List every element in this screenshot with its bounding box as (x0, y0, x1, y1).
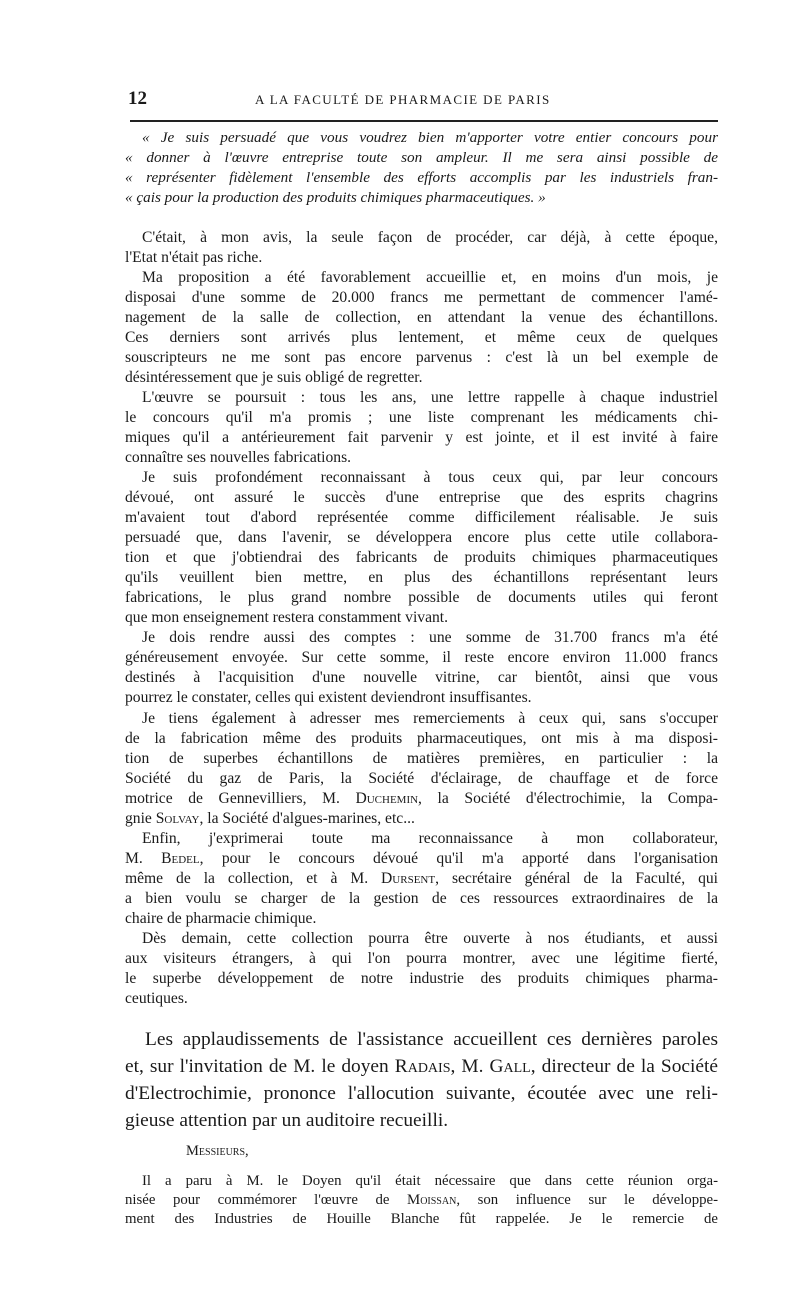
body-line: persuadé que, dans l'avenir, se développ… (125, 528, 718, 548)
person-name: Bedel (161, 850, 200, 867)
body-line: de la fabrication même des produits phar… (125, 729, 718, 749)
header-rule (130, 120, 718, 122)
text: , M. (451, 1056, 490, 1077)
speech-line: Il a paru à M. le Doyen qu'il était néce… (142, 1171, 718, 1191)
person-name: Radais (395, 1056, 451, 1077)
text: gnie (125, 810, 156, 827)
company-name: Solvay (156, 810, 200, 827)
body-line: le superbe développement de notre indust… (125, 969, 718, 989)
body-line: qu'ils veuillent bien mettre, en plus de… (125, 568, 718, 588)
body-line: a bien voulu se charger de la gestion de… (125, 889, 718, 909)
body-line: pourrez le constater, celles qui existen… (125, 688, 718, 708)
text: , la Société d'électrochimie, la Compa- (418, 790, 718, 807)
transition-line: Les applaudissements de l'assistance acc… (145, 1026, 718, 1053)
body-line: Je dois rendre aussi des comptes : une s… (142, 628, 718, 648)
text: , directeur de la Société (531, 1056, 718, 1077)
body-line: généreusement envoyée. Sur cette somme, … (125, 648, 718, 668)
person-name: Dursent (381, 870, 435, 887)
text: et, sur l'invitation de M. le doyen (125, 1056, 395, 1077)
page-number: 12 (128, 88, 147, 110)
body-line: nagement de la salle de collection, en a… (125, 308, 718, 328)
transition-line: et, sur l'invitation de M. le doyen Rada… (125, 1053, 718, 1080)
transition-line: gieuse attention par un auditoire recuei… (125, 1107, 718, 1134)
person-name: Duchemin (355, 790, 418, 807)
text: , son influence sur le développe- (456, 1192, 718, 1208)
text: M. (125, 850, 161, 867)
body-line: le concours qu'il m'a promis ; une liste… (125, 408, 718, 428)
body-line: C'était, à mon avis, la seule façon de p… (142, 228, 718, 248)
quote-line: « Je suis persuadé que vous voudrez bien… (142, 128, 718, 148)
body-line: disposai d'une somme de 20.000 francs me… (125, 288, 718, 308)
body-line: connaître ses nouvelles fabrications. (125, 448, 718, 468)
body-line: dévoué, ont assuré le succès d'une entre… (125, 488, 718, 508)
body-line: que mon enseignement restera constamment… (125, 608, 718, 628)
text: nisée pour commémorer l'œuvre de (125, 1192, 407, 1208)
body-line: chaire de pharmacie chimique. (125, 909, 718, 929)
person-name: Gall (490, 1056, 531, 1077)
speech-line: nisée pour commémorer l'œuvre de Moissan… (125, 1190, 718, 1210)
quote-line: « représenter fidèlement l'ensemble des … (125, 168, 718, 188)
body-line: L'œuvre se poursuit : tous les ans, une … (142, 388, 718, 408)
quote-line: « donner à l'œuvre entreprise toute son … (125, 148, 718, 168)
salutation: Messieurs, (186, 1143, 249, 1160)
body-line: tion et que j'obtiendrai des fabricants … (125, 548, 718, 568)
body-line: m'avaient tout d'abord représentée comme… (125, 508, 718, 528)
person-name: Moissan (407, 1192, 456, 1208)
body-line: Dès demain, cette collection pourra être… (142, 929, 718, 949)
transition-line: d'Electrochimie, prononce l'allocution s… (125, 1080, 718, 1107)
body-line: M. Bedel, pour le concours dévoué qu'il … (125, 849, 718, 869)
quote-line: « çais pour la production des produits c… (125, 188, 718, 208)
body-line: Société du gaz de Paris, la Société d'éc… (125, 769, 718, 789)
body-line: tion de superbes échantillons de matière… (125, 749, 718, 769)
speech-line: ment des Industries de Houille Blanche f… (125, 1209, 718, 1229)
body-line: Je suis profondément reconnaissant à tou… (142, 468, 718, 488)
text: , la Société d'algues-marines, etc... (199, 810, 414, 827)
body-line: motrice de Gennevilliers, M. Duchemin, l… (125, 789, 718, 809)
body-line: aux visiteurs étrangers, à qui l'on pour… (125, 949, 718, 969)
body-line: Enfin, j'exprimerai toute ma reconnaissa… (142, 829, 718, 849)
text: , secrétaire général de la Faculté, qui (435, 870, 718, 887)
body-line: Je tiens également à adresser mes remerc… (142, 709, 718, 729)
body-line: ceutiques. (125, 989, 718, 1009)
body-line: Ma proposition a été favorablement accue… (142, 268, 718, 288)
body-line: Ces derniers sont arrivés plus lentement… (125, 328, 718, 348)
body-line: même de la collection, et à M. Dursent, … (125, 869, 718, 889)
running-title: A LA FACULTÉ DE PHARMACIE DE PARIS (255, 92, 595, 108)
body-line: gnie Solvay, la Société d'algues-marines… (125, 809, 718, 829)
body-line: destinés à l'acquisition d'une nouvelle … (125, 668, 718, 688)
body-line: désintéressement que je suis obligé de r… (125, 368, 718, 388)
text: , pour le concours dévoué qu'il m'a appo… (200, 850, 718, 867)
body-line: fabrications, le plus grand nombre possi… (125, 588, 718, 608)
text: motrice de Gennevilliers, M. (125, 790, 355, 807)
text: même de la collection, et à M. (125, 870, 381, 887)
body-line: souscripteurs ne me sont pas encore parv… (125, 348, 718, 368)
body-line: l'Etat n'était pas riche. (125, 248, 718, 268)
body-line: miques qu'il a antérieurement fait parve… (125, 428, 718, 448)
